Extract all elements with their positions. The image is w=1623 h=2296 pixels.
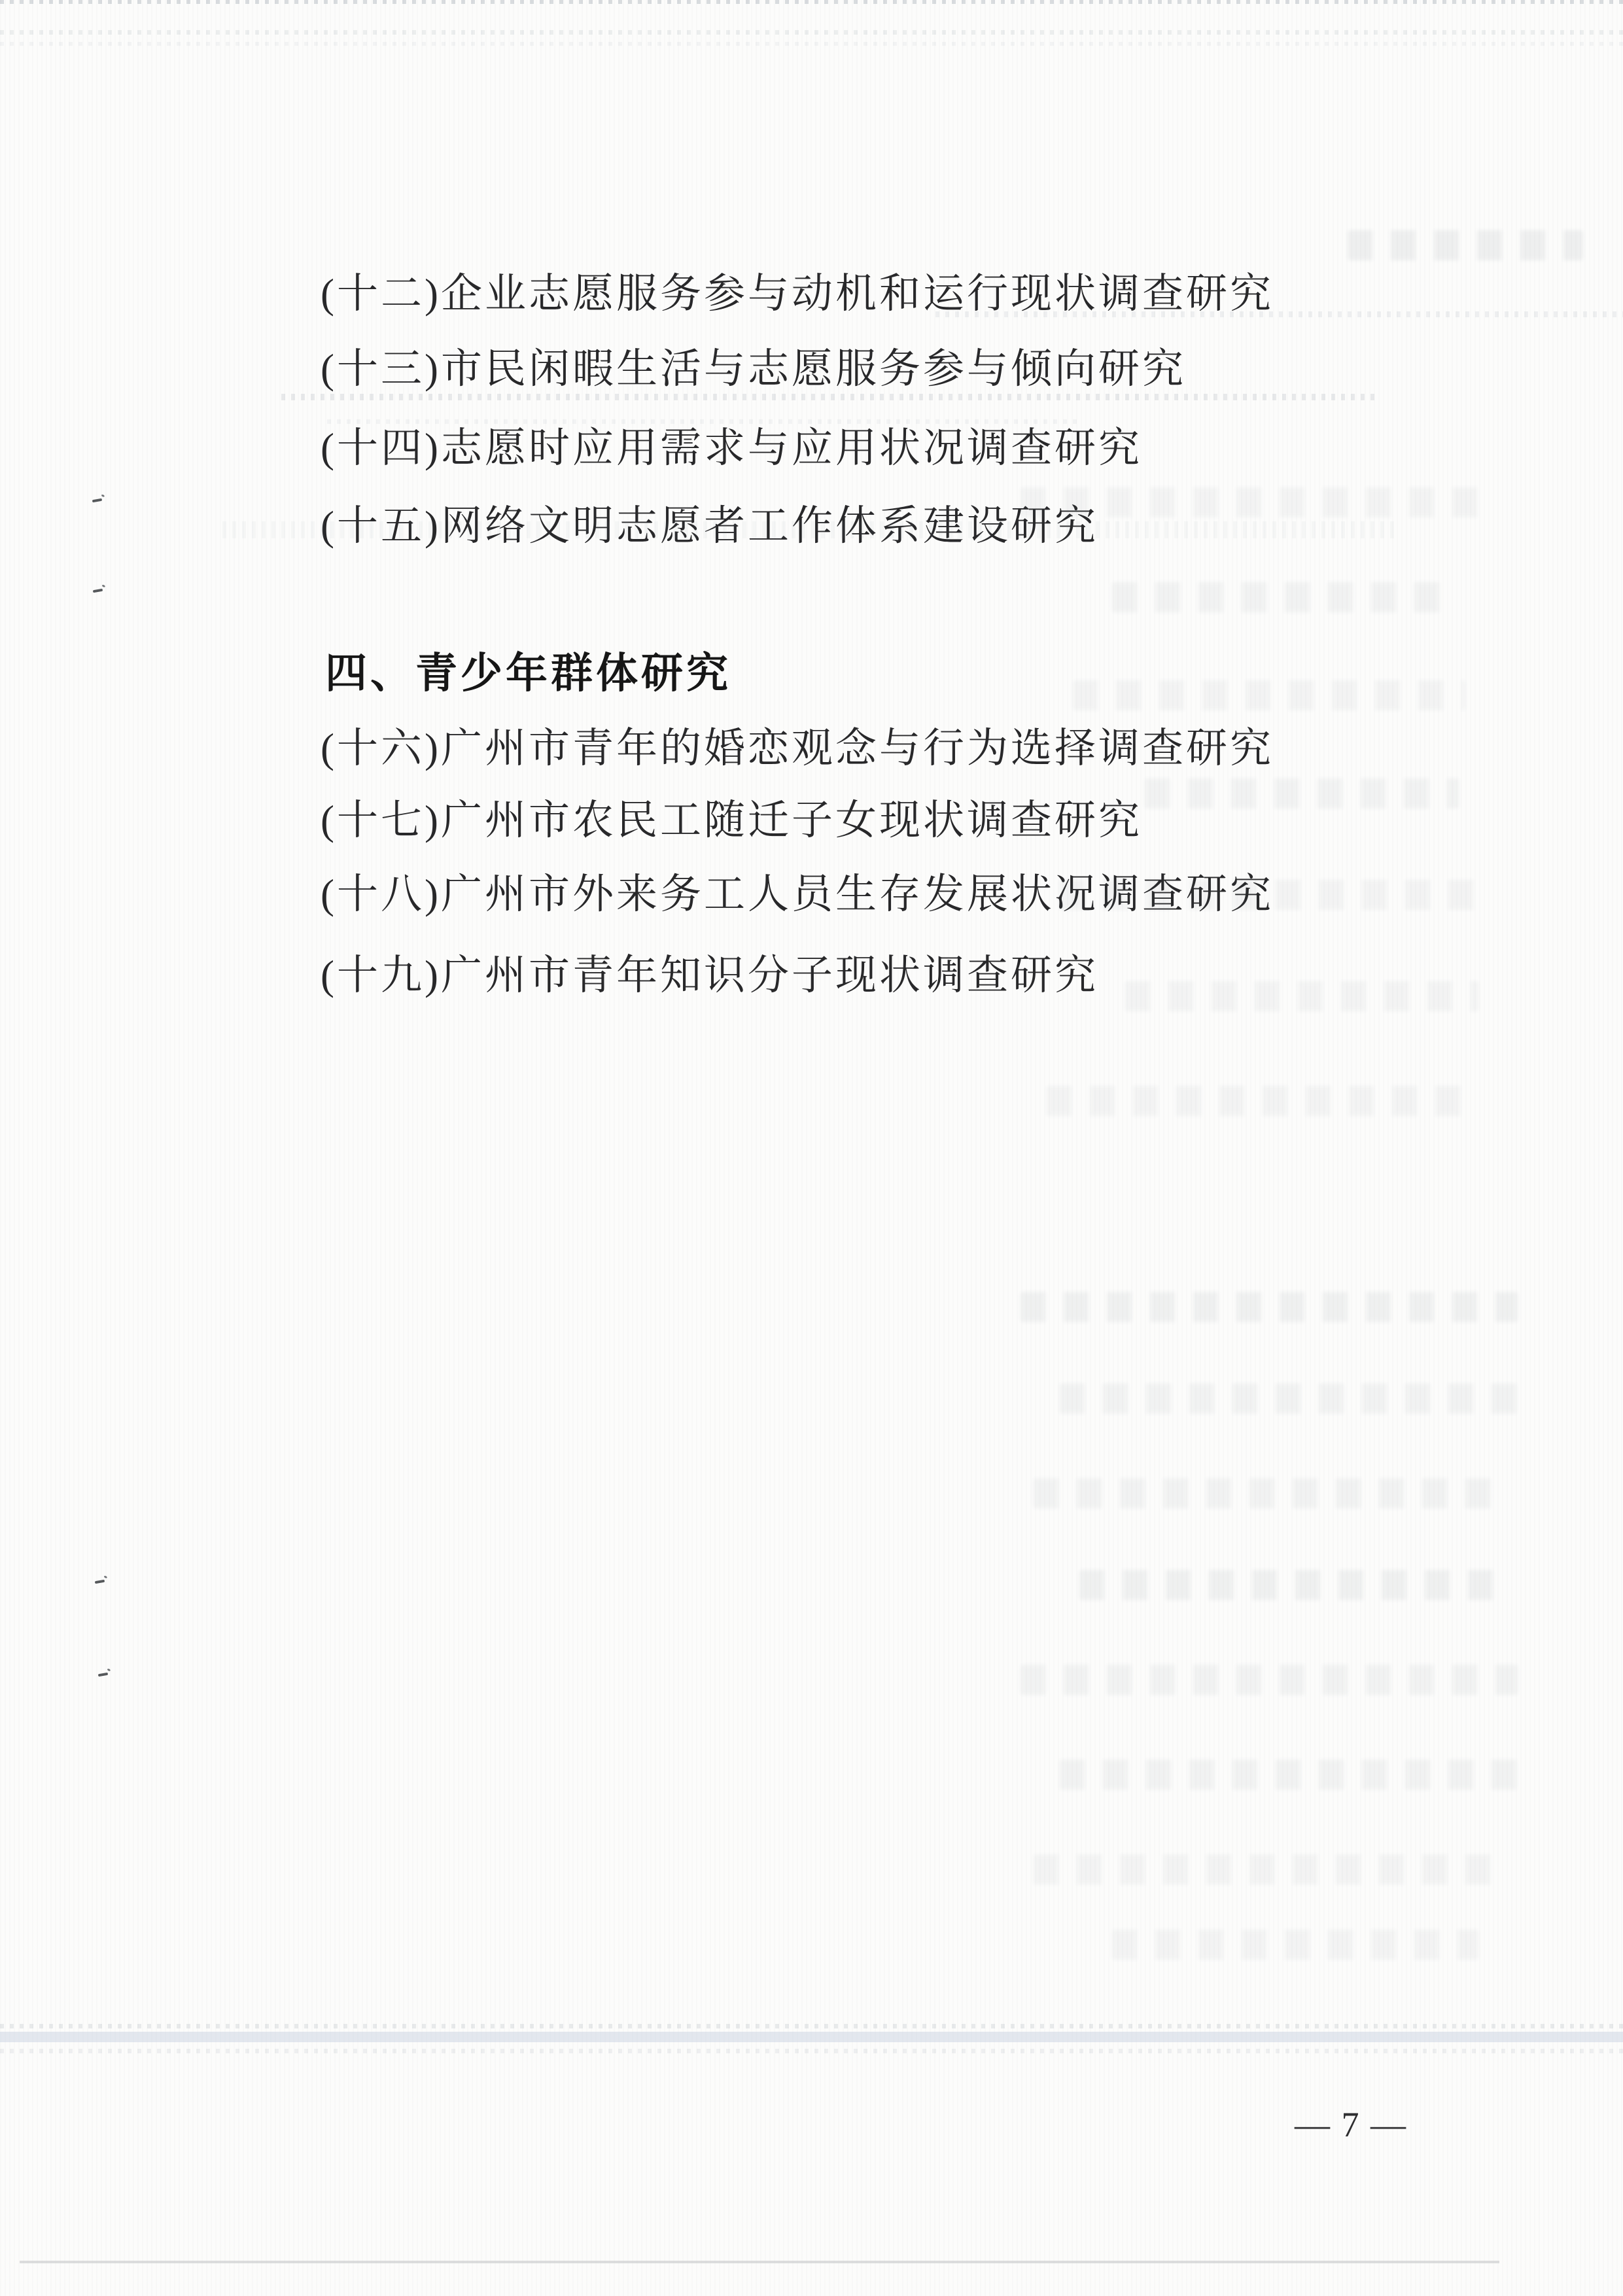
page-edge-line <box>20 2261 1499 2263</box>
item-index: (十八) <box>321 871 441 917</box>
list-item-18: (十八)广州市外来务工人员生存发展状况调查研究 <box>321 874 1274 915</box>
ink-speck-artifact <box>92 498 102 503</box>
bleed-through-artifact <box>1034 1478 1505 1508</box>
section-heading-text: 四、青少年群体研究 <box>325 650 731 697</box>
list-item-17: (十七)广州市农民工随迁子女现状调查研究 <box>321 800 1142 841</box>
item-index: (十六) <box>321 725 441 771</box>
item-index: (十二) <box>321 271 441 317</box>
bleed-through-artifact <box>1021 1292 1518 1322</box>
item-index: (十五) <box>321 503 441 549</box>
item-title: 志愿时应用需求与应用状况调查研究 <box>441 425 1142 471</box>
bleed-through-artifact <box>1034 1854 1505 1885</box>
list-item-16: (十六)广州市青年的婚恋观念与行为选择调查研究 <box>321 728 1274 769</box>
scan-band-artifact <box>0 2032 1623 2042</box>
bleed-through-artifact <box>1073 680 1465 710</box>
bleed-through-artifact <box>1112 1930 1478 1960</box>
bleed-through-artifact <box>1021 1665 1518 1695</box>
bleed-through-artifact <box>1060 1383 1518 1414</box>
ink-speck-artifact <box>93 589 103 593</box>
list-item-15: (十五)网络文明志愿者工作体系建设研究 <box>321 506 1098 547</box>
scan-streak-artifact <box>0 2049 1623 2053</box>
list-item-14: (十四)志愿时应用需求与应用状况调查研究 <box>321 428 1142 469</box>
scan-streak-artifact <box>0 42 1623 46</box>
list-item-19: (十九)广州市青年知识分子现状调查研究 <box>321 955 1098 996</box>
item-title: 网络文明志愿者工作体系建设研究 <box>441 503 1098 549</box>
bleed-through-artifact <box>1112 582 1452 612</box>
item-title: 广州市青年知识分子现状调查研究 <box>441 952 1098 998</box>
item-index: (十三) <box>321 346 441 392</box>
item-title: 市民闲暇生活与志愿服务参与倾向研究 <box>441 346 1186 392</box>
bleed-through-artifact <box>1145 778 1459 809</box>
scanned-document-page: (十二)企业志愿服务参与动机和运行现状调查研究 (十三)市民闲暇生活与志愿服务参… <box>0 0 1623 2296</box>
scan-streak-artifact <box>0 2024 1623 2028</box>
scan-streak-artifact <box>327 419 1079 424</box>
item-index: (十九) <box>321 952 441 998</box>
bleed-through-artifact <box>1060 1760 1518 1790</box>
item-title: 广州市外来务工人员生存发展状况调查研究 <box>441 871 1274 917</box>
bleed-through-artifact <box>1125 981 1478 1011</box>
item-title: 广州市青年的婚恋观念与行为选择调查研究 <box>441 725 1274 771</box>
bleed-through-artifact <box>1047 1086 1478 1116</box>
bleed-through-artifact <box>1348 230 1583 260</box>
ink-speck-artifact <box>98 1673 108 1677</box>
item-index: (十四) <box>321 425 441 471</box>
bleed-through-artifact <box>1079 1570 1498 1600</box>
scan-streak-artifact <box>0 30 1623 35</box>
scan-streak-artifact <box>281 394 1380 400</box>
list-item-13: (十三)市民闲暇生活与志愿服务参与倾向研究 <box>321 349 1186 390</box>
scan-streak-artifact <box>0 0 1623 4</box>
list-item-12: (十二)企业志愿服务参与动机和运行现状调查研究 <box>321 273 1274 315</box>
item-title: 企业志愿服务参与动机和运行现状调查研究 <box>441 271 1274 317</box>
section-heading: 四、青少年群体研究 <box>325 652 731 694</box>
item-index: (十七) <box>321 797 441 843</box>
item-title: 广州市农民工随迁子女现状调查研究 <box>441 797 1142 843</box>
ink-speck-artifact <box>95 1580 105 1584</box>
page-number: — 7 — <box>1256 2107 1446 2142</box>
